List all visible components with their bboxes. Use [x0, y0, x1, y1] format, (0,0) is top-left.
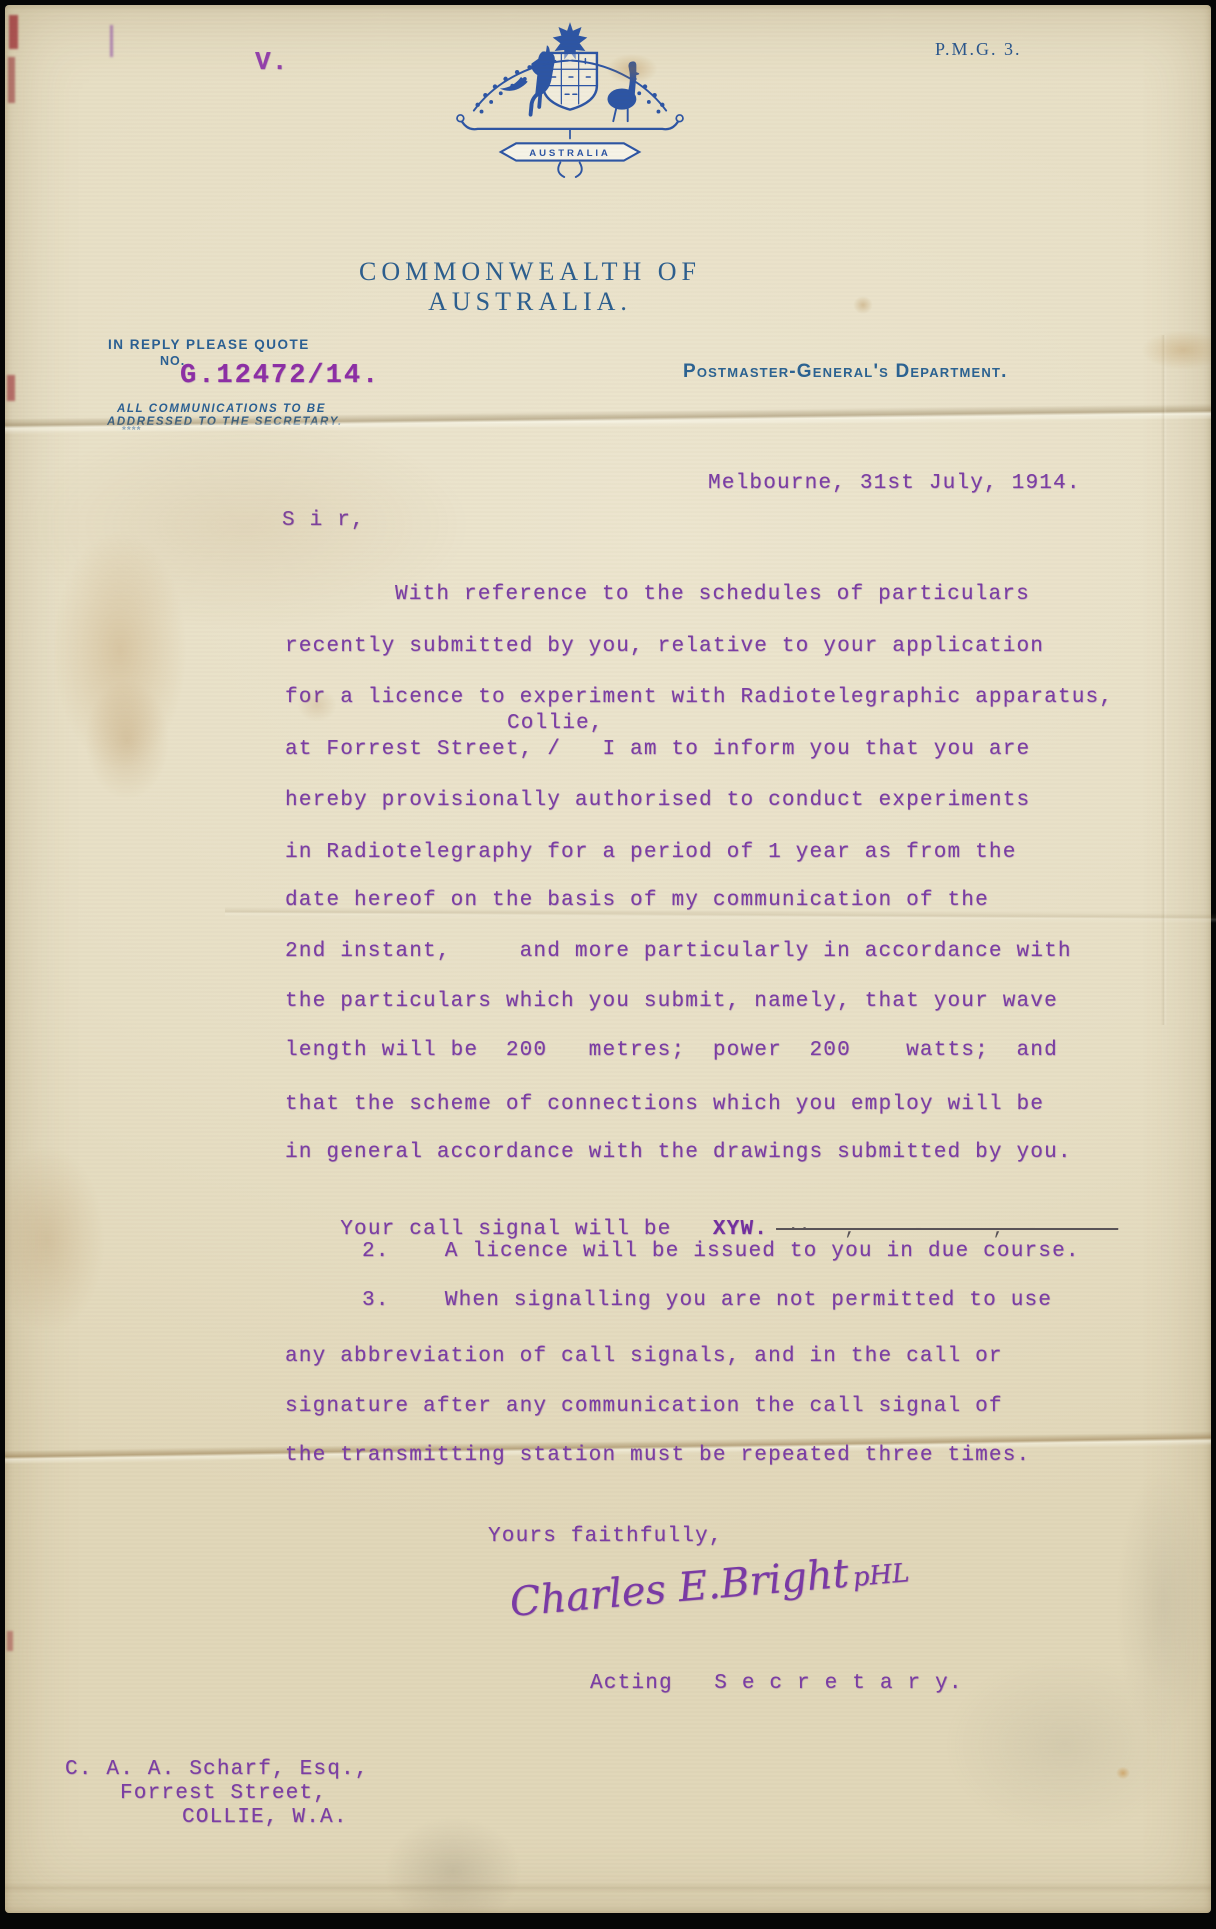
- reference-quote-label: IN REPLY PLEASE QUOTE: [108, 337, 310, 352]
- recipient-street: Forrest Street,: [120, 1781, 327, 1807]
- recipient-town: COLLIE, W.A.: [182, 1805, 348, 1831]
- edge-mark-purple: [110, 25, 113, 57]
- body-line: date hereof on the basis of my communica…: [285, 888, 989, 914]
- file-mark: V.: [255, 49, 289, 75]
- department-name: Postmaster-General's Department.: [683, 361, 1008, 383]
- body-line: length will be 200 metres; power 200 wat…: [285, 1038, 1058, 1064]
- body-line: any abbreviation of call signals, and in…: [285, 1344, 1003, 1370]
- call-signal-struck-out: —·· ——, —— - —— ——, - ——— ——: [776, 1218, 1118, 1240]
- page-title: COMMONWEALTH OF AUSTRALIA.: [260, 257, 800, 317]
- communications-note-dots: ****: [122, 425, 142, 436]
- handwritten-signature: Charles E.BrightpHL: [508, 1543, 930, 1625]
- call-signal-prefix: Your call signal will be: [340, 1218, 713, 1241]
- body-line: that the scheme of connections which you…: [285, 1092, 1044, 1118]
- closing-salutation: Yours faithfully,: [488, 1524, 723, 1550]
- body-line: signature after any communication the ca…: [285, 1394, 1003, 1420]
- body-line: recently submitted by you, relative to y…: [285, 634, 1044, 660]
- coat-of-arms-graphic: AUSTRALIA: [445, 17, 695, 185]
- communications-note-line2: ADDRESSED TO THE SECRETARY.: [107, 416, 343, 428]
- signatory-title: Acting S e c r e t a r y.: [590, 1671, 963, 1697]
- body-line: the transmitting station must be repeate…: [285, 1443, 1030, 1469]
- coat-of-arms: AUSTRALIA: [445, 17, 695, 185]
- edge-mark-red-3: [7, 375, 15, 401]
- signature-name: Charles E.Bright: [508, 1550, 850, 1625]
- body-line: the particulars which you submit, namely…: [285, 989, 1058, 1015]
- body-line: With reference to the schedules of parti…: [395, 582, 1030, 608]
- banner-label: AUSTRALIA: [529, 148, 610, 159]
- fold-crease-vertical: [1161, 335, 1167, 1025]
- signature-suffix: pHL: [852, 1558, 911, 1593]
- recipient-name: C. A. A. Scharf, Esq.,: [65, 1757, 369, 1783]
- edge-mark-red-2: [8, 57, 15, 103]
- body-line: 2nd instant, and more particularly in ac…: [285, 939, 1072, 965]
- edge-mark-red-4: [7, 1631, 13, 1651]
- body-line: in Radiotelegraphy for a period of 1 yea…: [285, 840, 1017, 866]
- salutation: S i r,: [282, 508, 365, 534]
- edge-mark-red-1: [9, 15, 18, 49]
- body-line: in general accordance with the drawings …: [285, 1140, 1072, 1166]
- communications-note-line1: ALL COMMUNICATIONS TO BE: [117, 403, 326, 415]
- body-line: 3. When signalling you are not permitted…: [362, 1288, 1052, 1314]
- form-code: P.M.G. 3.: [935, 39, 1022, 60]
- inserted-word: Collie,: [507, 711, 604, 737]
- call-signal-code: XYW.: [713, 1218, 768, 1241]
- body-line: for a licence to experiment with Radiote…: [285, 685, 1113, 711]
- body-line: 2. A licence will be issued to you in du…: [362, 1239, 1080, 1265]
- dateline: Melbourne, 31st July, 1914.: [708, 471, 1081, 497]
- paper-bottom-shadow: [5, 1883, 1211, 1893]
- kangaroo-icon: [529, 45, 555, 116]
- body-line: hereby provisionally authorised to condu…: [285, 788, 1030, 814]
- reference-number: G.12472/14.: [180, 363, 380, 389]
- letter-paper: V. P.M.G. 3.: [5, 5, 1211, 1913]
- scanned-letter-page: { "letter": { "file_mark": "V.", "form_c…: [0, 0, 1216, 1929]
- body-line: at Forrest Street, / I am to inform you …: [285, 737, 1030, 763]
